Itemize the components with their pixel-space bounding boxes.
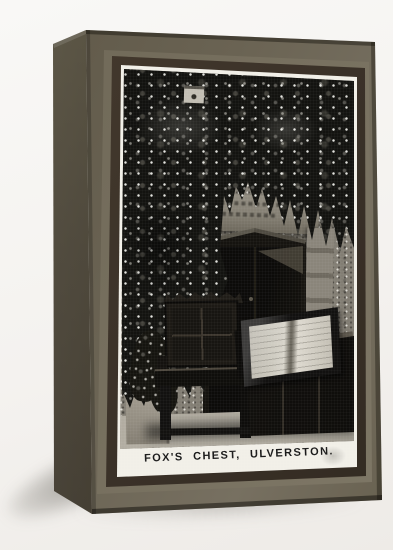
framed-photograph-scene: FOX'S CHEST, ULVERSTON. xyxy=(0,0,393,550)
